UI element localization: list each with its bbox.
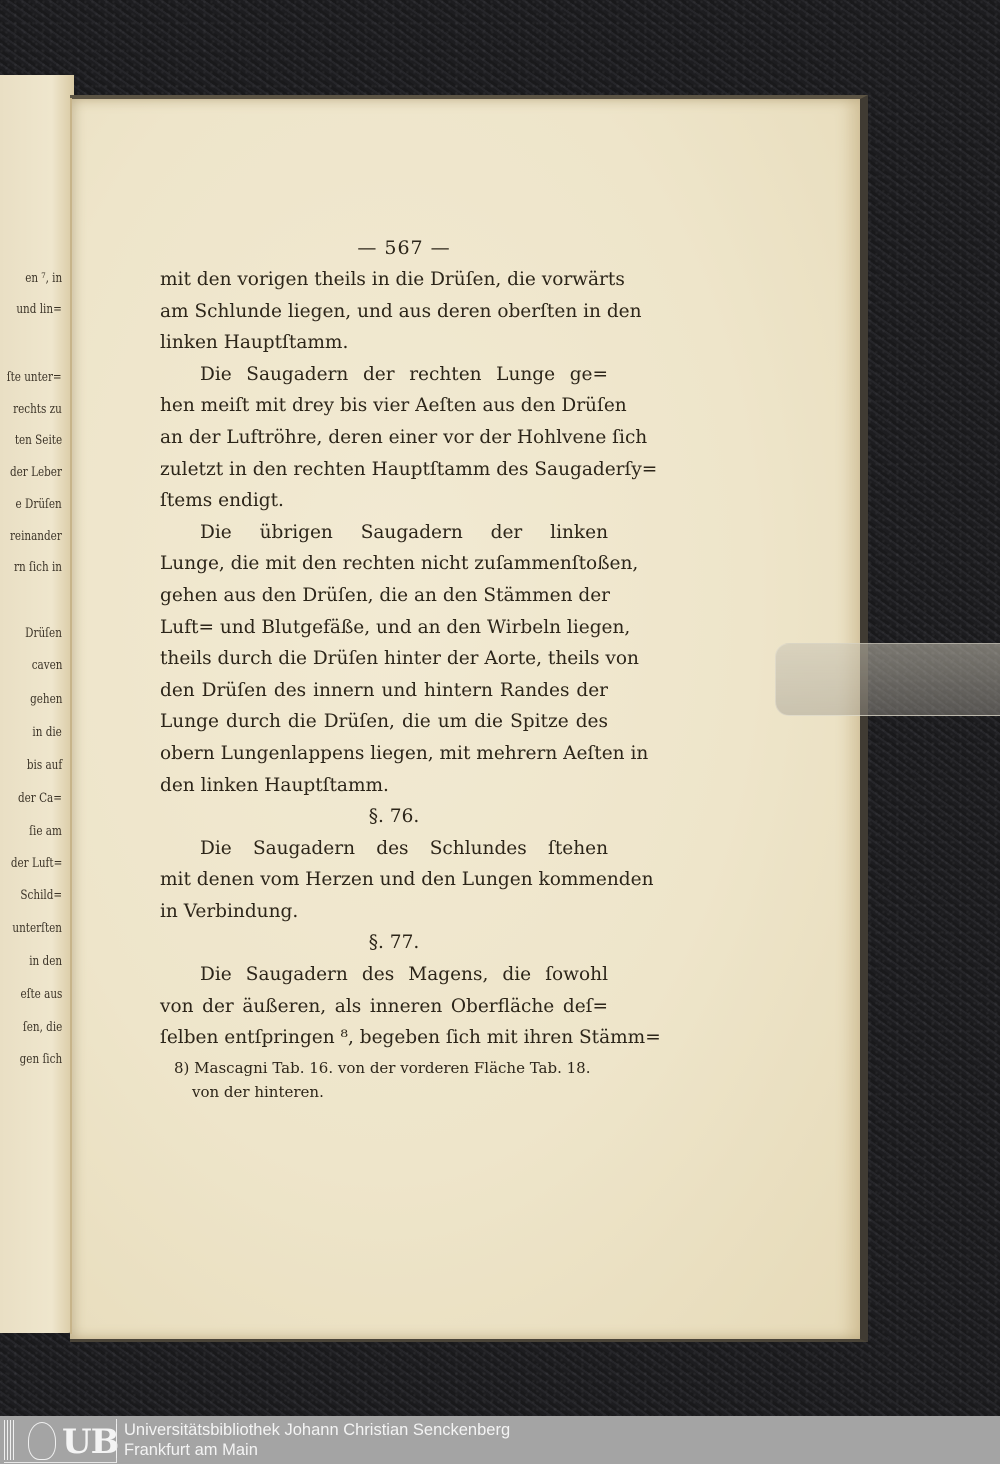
left-page-fragment: in den [29,954,62,969]
left-page-fragment: bis auf [27,758,62,773]
left-page-fragment: der Luft= [11,856,62,871]
text-line: mit denen vom Herzen und den Lungen komm… [160,864,608,896]
left-page-fragment: ten Seite [15,433,62,448]
paragraph-block-75: mit den vorigen theils in die Drüſen, di… [160,264,608,801]
page-text-column: — 567 — mit den vorigen theils in die Dr… [160,232,608,1104]
text-line: theils durch die Drüſen hinter der Aorte… [160,643,608,675]
left-page-fragment: und lin= [17,302,62,317]
section-heading-76: §. 76. [160,801,608,833]
footnote: 8) Mascagni Tab. 16. von der vorderen Fl… [160,1056,608,1104]
institution-name: Universitätsbibliothek Johann Christian … [124,1420,510,1460]
left-page-fragment: der Ca= [18,791,62,806]
text-line: zuletzt in den rechten Hauptſtamm des Sa… [160,454,608,486]
left-page-fragment: eſte aus [20,987,62,1002]
plastic-page-clip [775,643,1000,716]
text-line: den linken Hauptſtamm. [160,770,608,802]
text-line: Die Saugadern der rechten Lunge ge= [160,359,608,391]
left-page-fragment: rn ſich in [14,560,62,575]
paragraph-block-77: Die Saugadern des Magens, die ſowohl von… [160,959,608,1054]
text-line: am Schlunde liegen, und aus deren oberſt… [160,296,608,328]
page-gutter [70,98,72,1334]
text-line: obern Lungenlappens liegen, mit mehrern … [160,738,608,770]
left-page-fragment: reinander [10,529,62,544]
left-page-fragment: ſie am [29,824,62,839]
institution-line-2: Frankfurt am Main [124,1440,510,1460]
text-line: Lunge durch die Drüſen, die um die Spitz… [160,706,608,738]
left-page-fragment: en ⁷, in [25,271,62,286]
left-page-fragment: gen ſich [19,1052,62,1067]
footnote-line: von der hinteren. [174,1080,608,1104]
text-line: Die Saugadern des Magens, die ſowohl [160,959,608,991]
left-facing-page: en ⁷, inund lin=ſte unter=rechts zuten S… [0,75,74,1333]
text-line: Luft= und Blutgefäße, und an den Wirbeln… [160,612,608,644]
left-page-fragment: caven [31,658,62,673]
ub-logo-portrait-icon [28,1422,56,1460]
text-line: linken Hauptſtamm. [160,327,608,359]
text-line: ſtems endigt. [160,485,608,517]
text-line: mit den vorigen theils in die Drüſen, di… [160,264,608,296]
footnote-line: 8) Mascagni Tab. 16. von der vorderen Fl… [174,1056,608,1080]
left-page-fragment: gehen [30,692,62,707]
text-line: hen meiſt mit drey bis vier Aeſten aus d… [160,390,608,422]
left-page-fragment: der Leber [10,465,62,480]
left-page-fragment: e Drüſen [16,497,62,512]
institution-line-1: Universitätsbibliothek Johann Christian … [124,1420,510,1440]
text-line: an der Luftröhre, deren einer vor der Ho… [160,422,608,454]
logo-separator [116,1424,117,1458]
left-page-fragment: rechts zu [13,402,62,417]
ub-logo-letters: UB [62,1424,118,1460]
text-line: den Drüſen des innern und hintern Randes… [160,675,608,707]
paragraph-block-76: Die Saugadern des Schlundes ſtehen mit d… [160,833,608,928]
left-page-fragment: ſen, die [23,1020,62,1035]
page-number: — 567 — [160,232,608,264]
left-page-fragment: unterſten [12,921,62,936]
left-page-fragment: ſte unter= [7,370,62,385]
section-heading-77: §. 77. [160,927,608,959]
left-page-fragment: in die [33,725,62,740]
text-line: in Verbindung. [160,896,608,928]
ub-logo-bars-icon [4,1420,16,1460]
text-line: von der äußeren, als inneren Oberfläche … [160,991,608,1023]
text-line: Lunge, die mit den rechten nicht zuſamme… [160,548,608,580]
text-line: ſelben entſpringen ⁸, begeben ſich mit i… [160,1022,608,1054]
text-line: Die übrigen Saugadern der linken [160,517,608,549]
text-line: gehen aus den Drüſen, die an den Stämmen… [160,580,608,612]
left-page-fragment: Schild= [20,888,62,903]
left-page-fragment: Drüſen [25,626,62,641]
text-line: Die Saugadern des Schlundes ſtehen [160,833,608,865]
